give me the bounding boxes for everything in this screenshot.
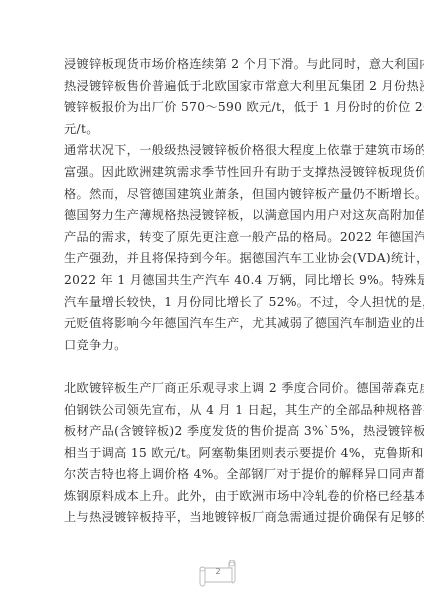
paragraph-gap bbox=[64, 356, 364, 378]
text-line: 2022 年 1 月德国共生产汽车 40.4 万辆，同比增长 9%。特殊是重型 bbox=[64, 270, 364, 292]
text-line: 上与热浸镀锌板持平，当地镀锌板厂商急需通过提价确保有足够的 bbox=[64, 507, 364, 529]
page-number-badge: 2 bbox=[196, 560, 238, 586]
page-number: 2 bbox=[196, 567, 240, 576]
text-line: 通常状况下，一般级热浸镀锌板价格很大程度上依靠于建筑市场的 bbox=[64, 140, 364, 162]
text-line: 相当于调高 15 欧元/t。阿塞勒集团则表示要提价 4%，克鲁斯和萨 bbox=[64, 443, 364, 465]
text-line: 尔茨吉特也将上调价格 4%。全部钢厂对于提价的解释异口同声都是 bbox=[64, 464, 364, 486]
document-body: 浸镀锌板现货市场价格连续第 2 个月下滑。与此同时，意大利国内 热浸镀锌板售价普… bbox=[64, 54, 364, 529]
text-line: 口竞争力。 bbox=[64, 335, 364, 357]
text-line: 汽车量增长较快，1 月份同比增长了 52%。不过，令人担忧的是，美 bbox=[64, 292, 364, 314]
text-line: 板材产品(含镀锌板)2 季度发货的售价提高 3%`5%，热浸镀锌板价格 bbox=[64, 421, 364, 443]
text-line: 北欧镀锌板生产厂商正乐观寻求上调 2 季度合同价。德国蒂森克虏 bbox=[64, 378, 364, 400]
text-line: 生产强劲，并且将保持到今年。据德国汽车工业协会(VDA)统计， bbox=[64, 248, 364, 270]
text-line: 元贬值将影响今年德国汽车生产，尤其减弱了德国汽车制造业的出 bbox=[64, 313, 364, 335]
text-line: 热浸镀锌板售价普遍低于北欧国家市常意大利里瓦集团 2 月份热浸 bbox=[64, 76, 364, 98]
text-line: 产品的需求，转变了原先更注意一般产品的格局。2022 年德国汽车 bbox=[64, 227, 364, 249]
text-line: 富强。因此欧洲建筑需求季节性回升有助于支撑热浸镀锌板现货价 bbox=[64, 162, 364, 184]
text-line: 德国努力生产薄规格热浸镀锌板，以满意国内用户对这灰高附加值 bbox=[64, 205, 364, 227]
document-page: 浸镀锌板现货市场价格连续第 2 个月下滑。与此同时，意大利国内 热浸镀锌板售价普… bbox=[0, 0, 424, 600]
text-line: 炼钢原料成本上升。此外，由于欧洲市场中冷轧卷的价格已经基本 bbox=[64, 486, 364, 508]
text-line: 伯钢铁公司领先宣布，从 4 月 1 日起，其生产的全部品种规格普碳 bbox=[64, 400, 364, 422]
text-line: 浸镀锌板现货市场价格连续第 2 个月下滑。与此同时，意大利国内 bbox=[64, 54, 364, 76]
text-line: 格。然而，尽管德国建筑业萧条，但国内镀锌板产量仍不断增长。 bbox=[64, 184, 364, 206]
text-line: 元/t。 bbox=[64, 119, 364, 141]
text-line: 镀锌板报价为出厂价 570～590 欧元/t，低于 1 月份时的价位 20 欧 bbox=[64, 97, 364, 119]
